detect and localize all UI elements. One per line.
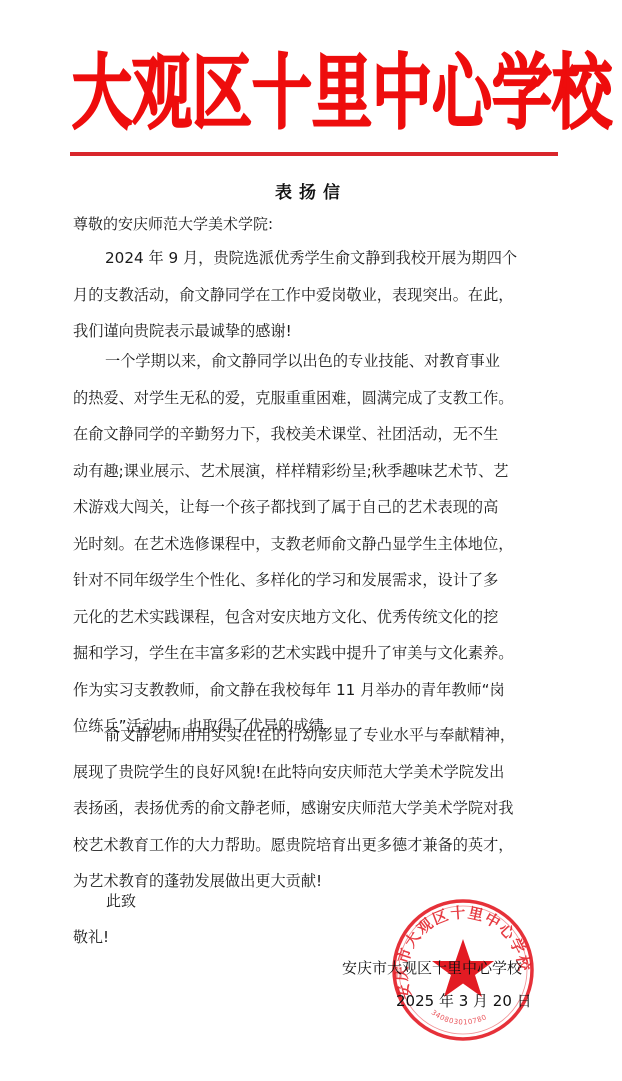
letterhead-char: 大 — [72, 54, 132, 135]
paragraph-line: 俞文静老师用用实实在在的行动彰显了专业水平与奉献精神， — [73, 717, 559, 754]
paragraph-line: 作为实习支教教师，俞文静在我校每年 11 月举办的青年教师“岗 — [73, 672, 559, 709]
paragraph-line: 掘和学习，学生在丰富多彩的艺术实践中提升了审美与文化素养。 — [73, 635, 559, 672]
paragraph-line: 表扬函，表扬优秀的俞文静老师，感谢安庆师范大学美术学院对我 — [73, 790, 559, 827]
paragraph-line: 动有趣;课业展示、艺术展演，样样精彩纷呈;秋季趣味艺术节、艺 — [73, 453, 559, 490]
paragraph-line: 校艺术教育工作的大力帮助。愿贵院培育出更多德才兼备的英才， — [73, 827, 559, 864]
signature-date: 2025 年 3 月 20 日 — [396, 990, 532, 1011]
paragraph-line: 术游戏大闯关，让每一个孩子都找到了属于自己的艺术表现的高 — [73, 489, 559, 526]
svg-text:340803010780: 340803010780 — [430, 1009, 488, 1027]
closing-salute: 敬礼! — [73, 926, 109, 947]
paragraph-line: 月的支教活动，俞文静同学在工作中爱岗敬业，表现突出。在此， — [73, 277, 559, 314]
paragraph-line: 在俞文静同学的辛勤努力下，我校美术课堂、社团活动，无不生 — [73, 416, 559, 453]
paragraph-line: 的热爱、对学生无私的爱，克服重重困难，圆满完成了支教工作。 — [73, 380, 559, 417]
letterhead-char: 观 — [132, 54, 192, 135]
paragraph-2: 一个学期以来，俞文静同学以出色的专业技能、对教育事业 的热爱、对学生无私的爱，克… — [73, 343, 559, 745]
letterhead-char: 心 — [432, 54, 492, 135]
letterhead-char: 区 — [192, 54, 252, 135]
letterhead-char: 中 — [372, 54, 432, 135]
letterhead-divider — [70, 152, 558, 156]
paragraph-line: 展现了贵院学生的良好风貌!在此特向安庆师范大学美术学院发出 — [73, 754, 559, 791]
paragraph-line: 针对不同年级学生个性化、多样化的学习和发展需求，设计了多 — [73, 562, 559, 599]
paragraph-line: 元化的艺术实践课程，包含对安庆地方文化、优秀传统文化的挖 — [73, 599, 559, 636]
paragraph-3: 俞文静老师用用实实在在的行动彰显了专业水平与奉献精神， 展现了贵院学生的良好风貌… — [73, 717, 559, 900]
paragraph-line: 光时刻。在艺术选修课程中，支教老师俞文静凸显学生主体地位， — [73, 526, 559, 563]
paragraph-line: 一个学期以来，俞文静同学以出色的专业技能、对教育事业 — [73, 343, 559, 380]
paragraph-line: 2024 年 9 月，贵院选派优秀学生俞文静到我校开展为期四个 — [73, 240, 559, 277]
signature-organization: 安庆市大观区十里中心学校 — [342, 957, 522, 978]
letterhead-char: 校 — [552, 54, 612, 135]
paragraph-1: 2024 年 9 月，贵院选派优秀学生俞文静到我校开展为期四个 月的支教活动，俞… — [73, 240, 559, 350]
letterhead-char: 十 — [252, 54, 312, 135]
letterhead-school-name: 大 观 区 十 里 中 心 学 校 — [72, 44, 562, 144]
salutation: 尊敬的安庆师范大学美术学院: — [73, 213, 273, 234]
closing-regards: 此致 — [106, 890, 136, 911]
letterhead-char: 里 — [312, 54, 372, 135]
document-title: 表扬信 — [0, 178, 622, 203]
seal-code: 340803010780 — [430, 1009, 488, 1027]
letterhead-char: 学 — [492, 54, 552, 135]
paragraph-line: 为艺术教育的蓬勃发展做出更大贡献! — [73, 863, 559, 900]
